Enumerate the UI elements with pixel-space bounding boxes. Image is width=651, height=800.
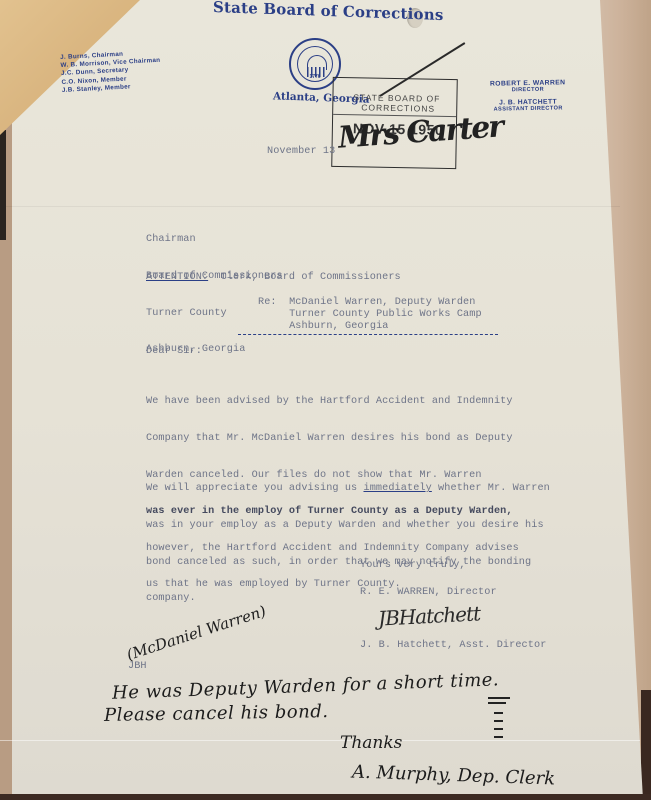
emphasis-word: immediately (363, 483, 431, 494)
attention-value: Clerk, Board of Commissioners (221, 272, 401, 283)
re-line: McDaniel Warren, Deputy Warden (289, 297, 482, 309)
body-line: Company that Mr. McDaniel Warren desires… (146, 433, 519, 445)
body-line: We will appreciate you advising us immed… (146, 483, 550, 495)
re-label: Re: (258, 297, 277, 308)
body-line: was in your employ as a Deputy Warden an… (146, 520, 550, 532)
re-line: Ashburn, Georgia (289, 321, 482, 333)
handwritten-thanks: Thanks (340, 733, 402, 753)
handwritten-line: Please cancel his bond. (104, 701, 329, 726)
re-underline (238, 334, 498, 335)
pen-tally-marks (488, 697, 510, 744)
letter-date: November 13 (267, 146, 335, 158)
attention-line: ATTENTION: Clerk, Board of Commissioners (146, 272, 401, 284)
re-line: Turner County Public Works Camp (289, 309, 482, 321)
text-run: whether Mr. Warren (432, 483, 550, 494)
paper-fold-line (0, 206, 620, 207)
salutation: Dear Sir: (146, 346, 202, 358)
background-surface-dark (0, 794, 651, 800)
signer-asst-director: J. B. Hatchett, Asst. Director (360, 640, 546, 652)
re-block: Re: McDaniel Warren, Deputy WardenTurner… (258, 297, 482, 334)
attention-label: ATTENTION: (146, 272, 208, 283)
body-line: We have been advised by the Hartford Acc… (146, 396, 519, 408)
closing: Yours very truly, (360, 560, 466, 572)
body-line: bond canceled as such, in order that we … (146, 557, 550, 569)
background-surface-dark (641, 690, 651, 800)
signer-director: R. E. WARREN, Director (360, 587, 497, 599)
recipient-address: Chairman Board of Commissioners Turner C… (146, 210, 283, 369)
text-run: We will appreciate you advising us (146, 483, 363, 494)
board-members-list: J. Burns, Chairman W. B. Morrison, Vice … (60, 49, 162, 95)
address-line: Chairman (146, 234, 283, 246)
paper-fold-line (0, 740, 640, 741)
stamp-line: CORRECTIONS (361, 102, 435, 113)
